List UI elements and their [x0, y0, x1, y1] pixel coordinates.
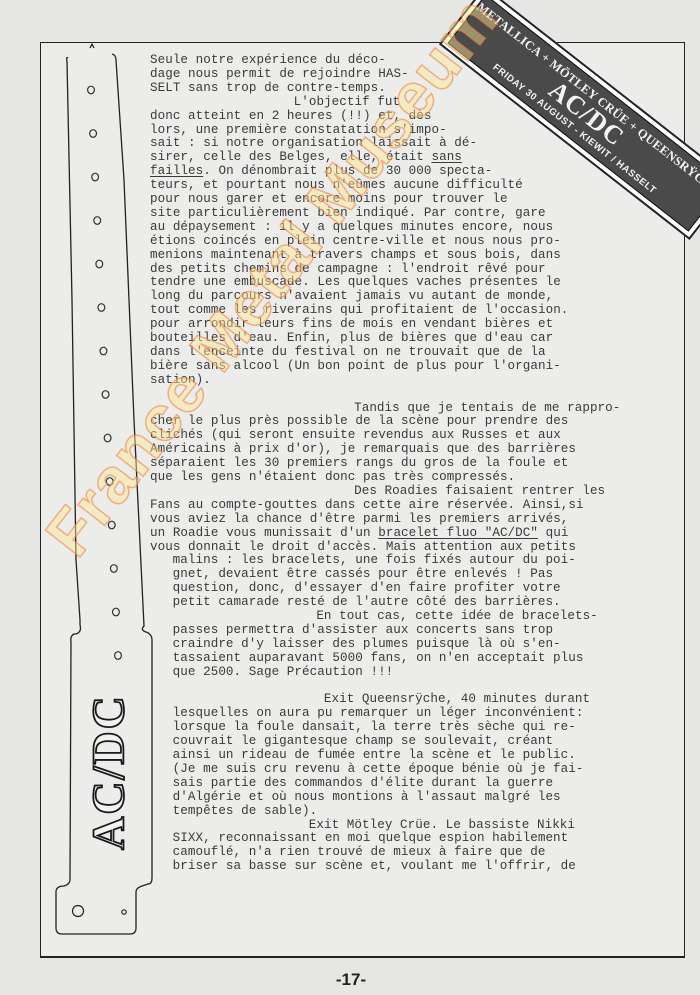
text-line: lorsque la foule dansait, la terre très …: [173, 720, 576, 734]
text-line: tout comme les riverains qui profitaient…: [150, 303, 568, 317]
text-line: malins : les bracelets, une fois fixés a…: [173, 553, 576, 567]
text-line: teurs, et pourtant nous n'eûmes aucune d…: [150, 178, 523, 192]
text-line: des petits chemins de campagne : l'endro…: [150, 262, 546, 276]
text-line: pour arrondir leurs fins de mois en vend…: [150, 317, 553, 331]
text-line: briser sa basse sur scène et, voulant me…: [173, 859, 576, 873]
text-line: que 2500. Sage Précaution !!!: [173, 665, 394, 679]
text-line: sais partie des commandos d'élite durant…: [173, 776, 553, 790]
text-line: dans l'enceinte du festival on ne trouva…: [150, 345, 546, 359]
text-line: Américains à prix d'or), je remarquais q…: [150, 442, 576, 456]
text-line: dage nous permit de rejoindre HAS-: [150, 67, 409, 81]
text-line: au dépaysement : il y a quelques minutes…: [150, 220, 553, 234]
text-line: long du parcours n'avaient jamais vu aut…: [150, 289, 553, 303]
text-line: Exit Mötley Crüe. Le bassiste Nikki: [309, 818, 575, 832]
text-line: tendre une embuscade. Les quelques vache…: [150, 275, 561, 289]
text-line: menions maintenant à travers champs et s…: [150, 248, 561, 262]
text-line: Tandis que je tentais de me rappro-: [354, 401, 620, 415]
text-line: sation).: [150, 373, 211, 387]
text-line: question, donc, d'essayer d'en faire pro…: [173, 581, 561, 595]
text-line: craindre d'y laisser des plumes puisque …: [173, 637, 561, 651]
text-line: passes permettra d'assister aux concerts…: [173, 623, 553, 637]
page-number: -17-: [326, 970, 376, 990]
text-line: L'objectif fut: [294, 95, 401, 109]
text-line: En tout cas, cette idée de bracelets-: [316, 609, 597, 623]
text-line: sait : si notre organisation laissait à …: [150, 136, 477, 150]
text-line: camouflé, n'a rien trouvé de mieux à fai…: [173, 845, 546, 859]
text-line: étions coincés en plein centre-ville et …: [150, 234, 561, 248]
text-line: lesquelles on aura pu remarquer un léger…: [173, 706, 584, 720]
text-line: vous donnait le droit d'accès. Mais atte…: [150, 540, 576, 554]
text-line: bouteilles d'eau. Enfin, plus de bières …: [150, 331, 553, 345]
text-line: séparaient les 30 premiers rangs du gros…: [150, 456, 568, 470]
text-line: Des Roadies faisaient rentrer les: [354, 484, 605, 498]
text-line: tassaient auparavant 5000 fans, on n'en …: [173, 651, 584, 665]
text-line: Seule notre expérience du déco-: [150, 53, 386, 67]
text-line: Fans au compte-gouttes dans cette aire r…: [150, 498, 584, 512]
text-line: lors, une première constatation s'impo-: [150, 123, 447, 137]
text-line: gnet, devaient être cassés pour être enl…: [173, 567, 553, 581]
text-line: SIXX, reconnaissant en moi quelque espio…: [173, 831, 569, 845]
text-line: SELT sans trop de contre-temps.: [150, 81, 386, 95]
text-line: couvrait le gigantesque champ se souleva…: [173, 734, 553, 748]
text-line: Exit Queensrÿche, 40 minutes durant: [324, 692, 590, 706]
text-line: que les gens n'étaient donc pas très com…: [150, 470, 515, 484]
text-line: ainsi un rideau de fumée entre la scène …: [173, 748, 576, 762]
text-line: vous aviez la chance d'être parmi les pr…: [150, 512, 568, 526]
text-line: sirer, celle des Belges, elle, était san…: [150, 150, 462, 164]
text-line: failles. On dénombrait plus de 30 000 sp…: [150, 164, 492, 178]
text-line: petit camarade resté de l'autre côté des…: [173, 595, 561, 609]
text-line: donc atteint en 2 heures (!!) et, dès: [150, 109, 431, 123]
text-line: cher le plus près possible de la scène p…: [150, 414, 568, 428]
text-line: d'Algérie et où nous montions à l'assaut…: [173, 790, 561, 804]
text-line: pour nous garer et encore moins pour tro…: [150, 192, 508, 206]
text-line: site particulièrement bien indiqué. Par …: [150, 206, 546, 220]
text-line: bière sans alcool (Un bon point de plus …: [150, 359, 561, 373]
text-line: clichés (qui seront ensuite revendus aux…: [150, 428, 561, 442]
text-line: tempêtes de sable).: [173, 804, 318, 818]
text-line: (Je me suis cru revenu à cette époque bé…: [173, 762, 584, 776]
text-line: un Roadie vous munissait d'un bracelet f…: [150, 526, 568, 540]
